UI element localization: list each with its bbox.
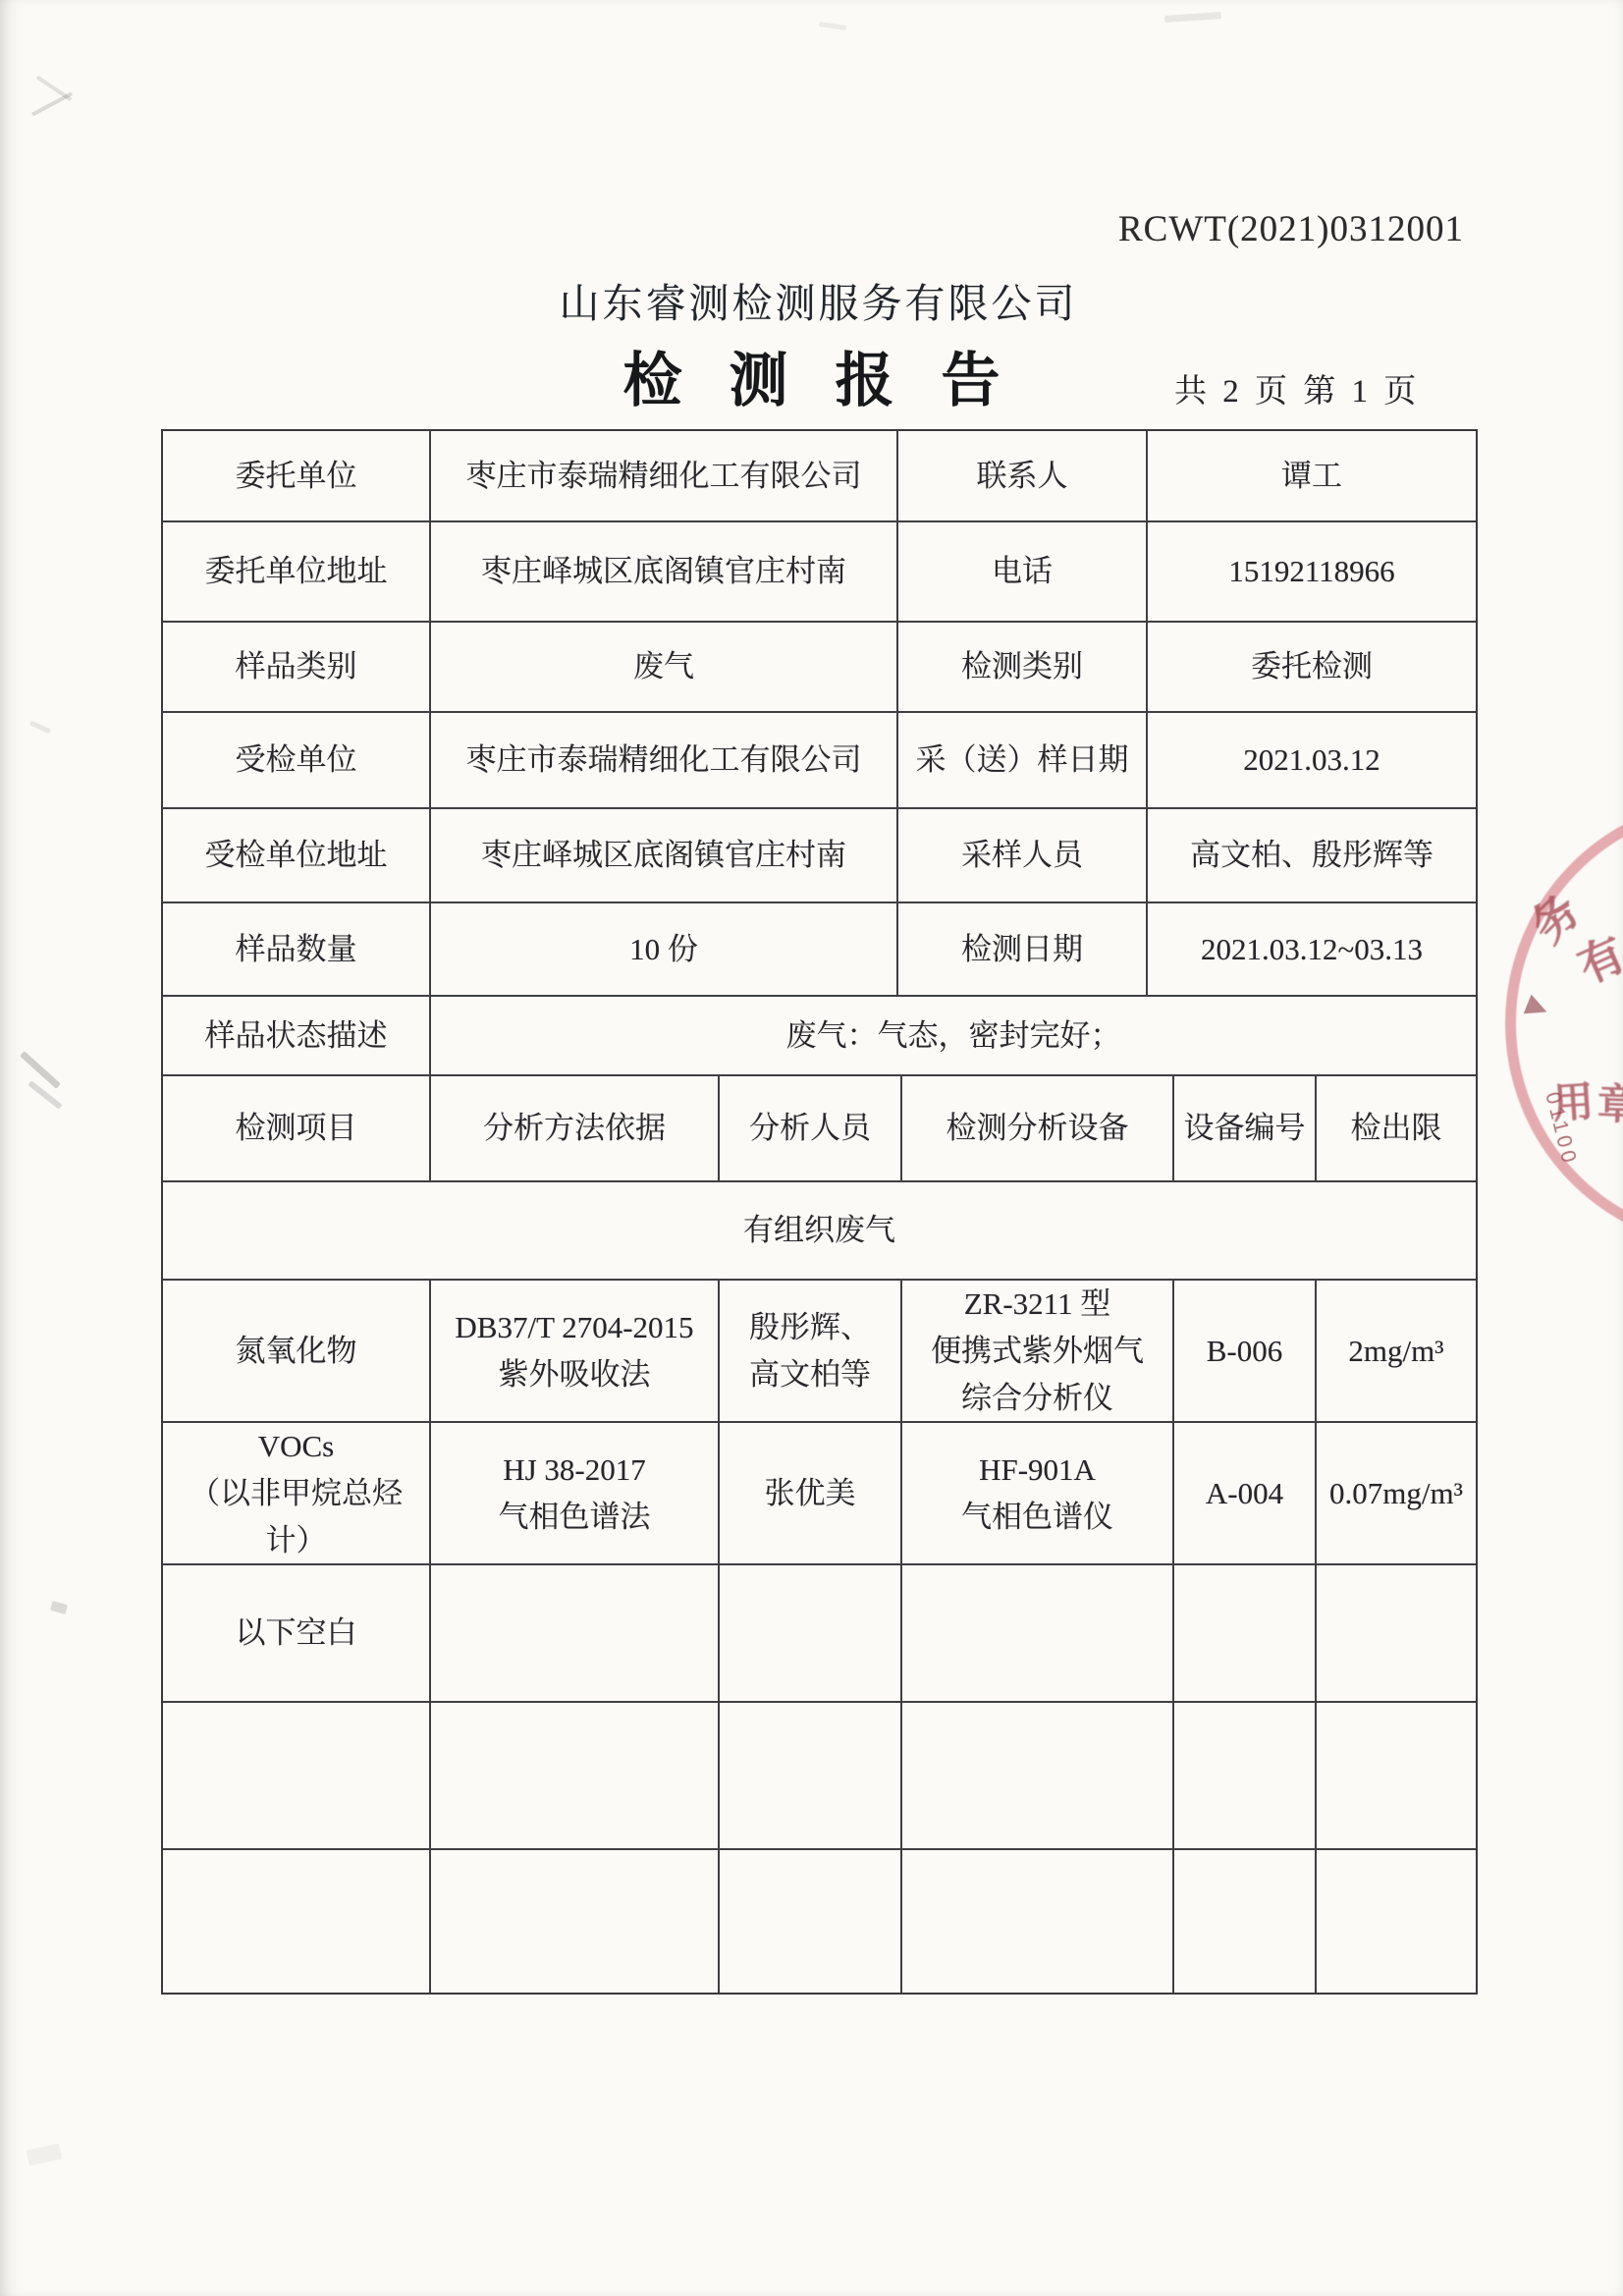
vocs-device-no: A-004 <box>1174 1423 1317 1563</box>
sample-type-label: 样品类别 <box>163 623 431 711</box>
inspected-unit-address-value: 枣庄峄城区底阁镇官庄村南 <box>431 809 898 902</box>
seal-serial-digits: 01100 <box>1540 1090 1581 1169</box>
contact-value: 谭工 <box>1148 431 1476 520</box>
nox-device-no: B-006 <box>1174 1281 1317 1421</box>
client-address-value: 枣庄峄城区底阁镇官庄村南 <box>431 522 898 621</box>
row-vocs: VOCs （以非甲烷总烃 计） HJ 38-2017 气相色谱法 张优美 HF-… <box>163 1423 1476 1565</box>
report-table: 委托单位 枣庄市泰瑞精细化工有限公司 联系人 谭工 委托单位地址 枣庄峄城区底阁… <box>161 429 1478 1995</box>
inspected-unit-value: 枣庄市泰瑞精细化工有限公司 <box>431 713 898 807</box>
row-sample-count: 样品数量 10 份 检测日期 2021.03.12~03.13 <box>163 903 1476 997</box>
seal-ring <box>1505 823 1623 1245</box>
header-device-no: 设备编号 <box>1174 1076 1317 1180</box>
phone-label: 电话 <box>898 522 1148 621</box>
page-count-indicator: 共 2 页 第 1 页 <box>1174 365 1420 411</box>
seal-arc-character: 务 <box>1515 877 1593 955</box>
empty-cell <box>720 1850 902 1993</box>
empty-cell <box>431 1850 720 1993</box>
vocs-item: VOCs （以非甲烷总烃 计） <box>163 1423 431 1563</box>
sampling-staff-label: 采样人员 <box>898 809 1148 902</box>
phone-value: 15192118966 <box>1148 522 1476 621</box>
seal-center-character: 章 <box>1596 1071 1623 1131</box>
empty-cell <box>902 1850 1174 1993</box>
test-type-value: 委托检测 <box>1148 623 1476 711</box>
nox-analyst: 殷彤辉、 高文柏等 <box>720 1281 902 1421</box>
scan-smudge <box>1164 12 1221 23</box>
row-client: 委托单位 枣庄市泰瑞精细化工有限公司 联系人 谭工 <box>163 431 1476 522</box>
header-method: 分析方法依据 <box>431 1076 720 1180</box>
seal-arc-character: 有 <box>1567 918 1623 996</box>
scan-smudge <box>50 1601 68 1614</box>
header-equipment: 检测分析设备 <box>902 1076 1174 1180</box>
scan-smudge <box>819 22 846 30</box>
empty-cell <box>720 1703 902 1848</box>
empty-cell <box>1174 1703 1317 1848</box>
vocs-analyst: 张优美 <box>720 1423 902 1563</box>
vocs-equipment: HF-901A 气相色谱仪 <box>902 1423 1174 1563</box>
scan-smudge <box>31 91 73 116</box>
vocs-method: HJ 38-2017 气相色谱法 <box>431 1423 720 1563</box>
row-inspected-unit-address: 受检单位地址 枣庄峄城区底阁镇官庄村南 采样人员 高文柏、殷彤辉等 <box>163 809 1476 903</box>
client-label: 委托单位 <box>163 431 431 520</box>
scan-smudge <box>29 721 51 735</box>
row-empty <box>163 1850 1476 1993</box>
sample-type-value: 废气 <box>431 623 898 711</box>
vocs-detection-limit: 0.07mg/m³ <box>1317 1423 1476 1563</box>
sampling-date-value: 2021.03.12 <box>1148 713 1476 807</box>
nox-method: DB37/T 2704-2015 紫外吸收法 <box>431 1281 720 1421</box>
sample-count-value: 10 份 <box>431 903 898 995</box>
row-sample-type: 样品类别 废气 检测类别 委托检测 <box>163 623 1476 713</box>
client-address-label: 委托单位地址 <box>163 522 431 621</box>
report-reference-number: RCWT(2021)0312001 <box>1118 208 1464 250</box>
row-empty <box>163 1703 1476 1850</box>
company-name: 山东睿测检测服务有限公司 <box>0 271 1623 329</box>
header-detection-limit: 检出限 <box>1317 1076 1476 1180</box>
test-date-value: 2021.03.12~03.13 <box>1148 903 1476 995</box>
empty-cell <box>902 1565 1174 1701</box>
sample-state-value: 废气：气态，密封完好； <box>431 997 1476 1074</box>
empty-cell <box>1174 1850 1317 1993</box>
scanned-report-page: RCWT(2021)0312001 山东睿测检测服务有限公司 检测报告 共 2 … <box>0 0 1623 2296</box>
test-date-label: 检测日期 <box>898 903 1148 995</box>
scan-smudge <box>27 2144 63 2166</box>
seal-center-character: 用 <box>1550 1069 1596 1131</box>
empty-cell <box>1317 1565 1476 1701</box>
row-inspected-unit: 受检单位 枣庄市泰瑞精细化工有限公司 采（送）样日期 2021.03.12 <box>163 713 1476 809</box>
empty-cell <box>902 1703 1174 1848</box>
header-analyst: 分析人员 <box>720 1076 902 1180</box>
empty-cell <box>163 1850 431 1993</box>
sample-count-label: 样品数量 <box>163 903 431 995</box>
empty-cell <box>431 1565 720 1701</box>
test-type-label: 检测类别 <box>898 623 1148 711</box>
row-detail-header: 检测项目 分析方法依据 分析人员 检测分析设备 设备编号 检出限 <box>163 1076 1476 1182</box>
seal-star-tip: ▲ <box>1513 985 1564 1033</box>
nox-detection-limit: 2mg/m³ <box>1317 1281 1476 1421</box>
empty-cell <box>1174 1565 1317 1701</box>
sample-state-label: 样品状态描述 <box>163 997 431 1074</box>
sampling-staff-value: 高文柏、殷彤辉等 <box>1148 809 1476 902</box>
sampling-date-label: 采（送）样日期 <box>898 713 1148 807</box>
row-blank-below: 以下空白 <box>163 1565 1476 1703</box>
inspected-unit-address-label: 受检单位地址 <box>163 809 431 902</box>
contact-label: 联系人 <box>898 431 1148 520</box>
empty-cell <box>720 1565 902 1701</box>
empty-cell <box>431 1703 720 1848</box>
red-seal-stamp: 务 有 ▲ 用 章 01100 <box>1484 823 1623 1245</box>
row-sample-state: 样品状态描述 废气：气态，密封完好； <box>163 997 1476 1076</box>
client-value: 枣庄市泰瑞精细化工有限公司 <box>431 431 898 520</box>
empty-cell <box>1317 1850 1476 1993</box>
blank-below-cell: 以下空白 <box>163 1565 431 1701</box>
row-section-title: 有组织废气 <box>163 1182 1476 1281</box>
empty-cell <box>1317 1703 1476 1848</box>
nox-item: 氮氧化物 <box>163 1281 431 1421</box>
section-title: 有组织废气 <box>163 1182 1476 1279</box>
inspected-unit-label: 受检单位 <box>163 713 431 807</box>
row-client-address: 委托单位地址 枣庄峄城区底阁镇官庄村南 电话 15192118966 <box>163 522 1476 623</box>
header-test-item: 检测项目 <box>163 1076 431 1180</box>
scan-smudge <box>20 1051 61 1089</box>
empty-cell <box>163 1703 431 1848</box>
row-nox: 氮氧化物 DB37/T 2704-2015 紫外吸收法 殷彤辉、 高文柏等 ZR… <box>163 1281 1476 1423</box>
nox-equipment: ZR-3211 型 便携式紫外烟气 综合分析仪 <box>902 1281 1174 1421</box>
